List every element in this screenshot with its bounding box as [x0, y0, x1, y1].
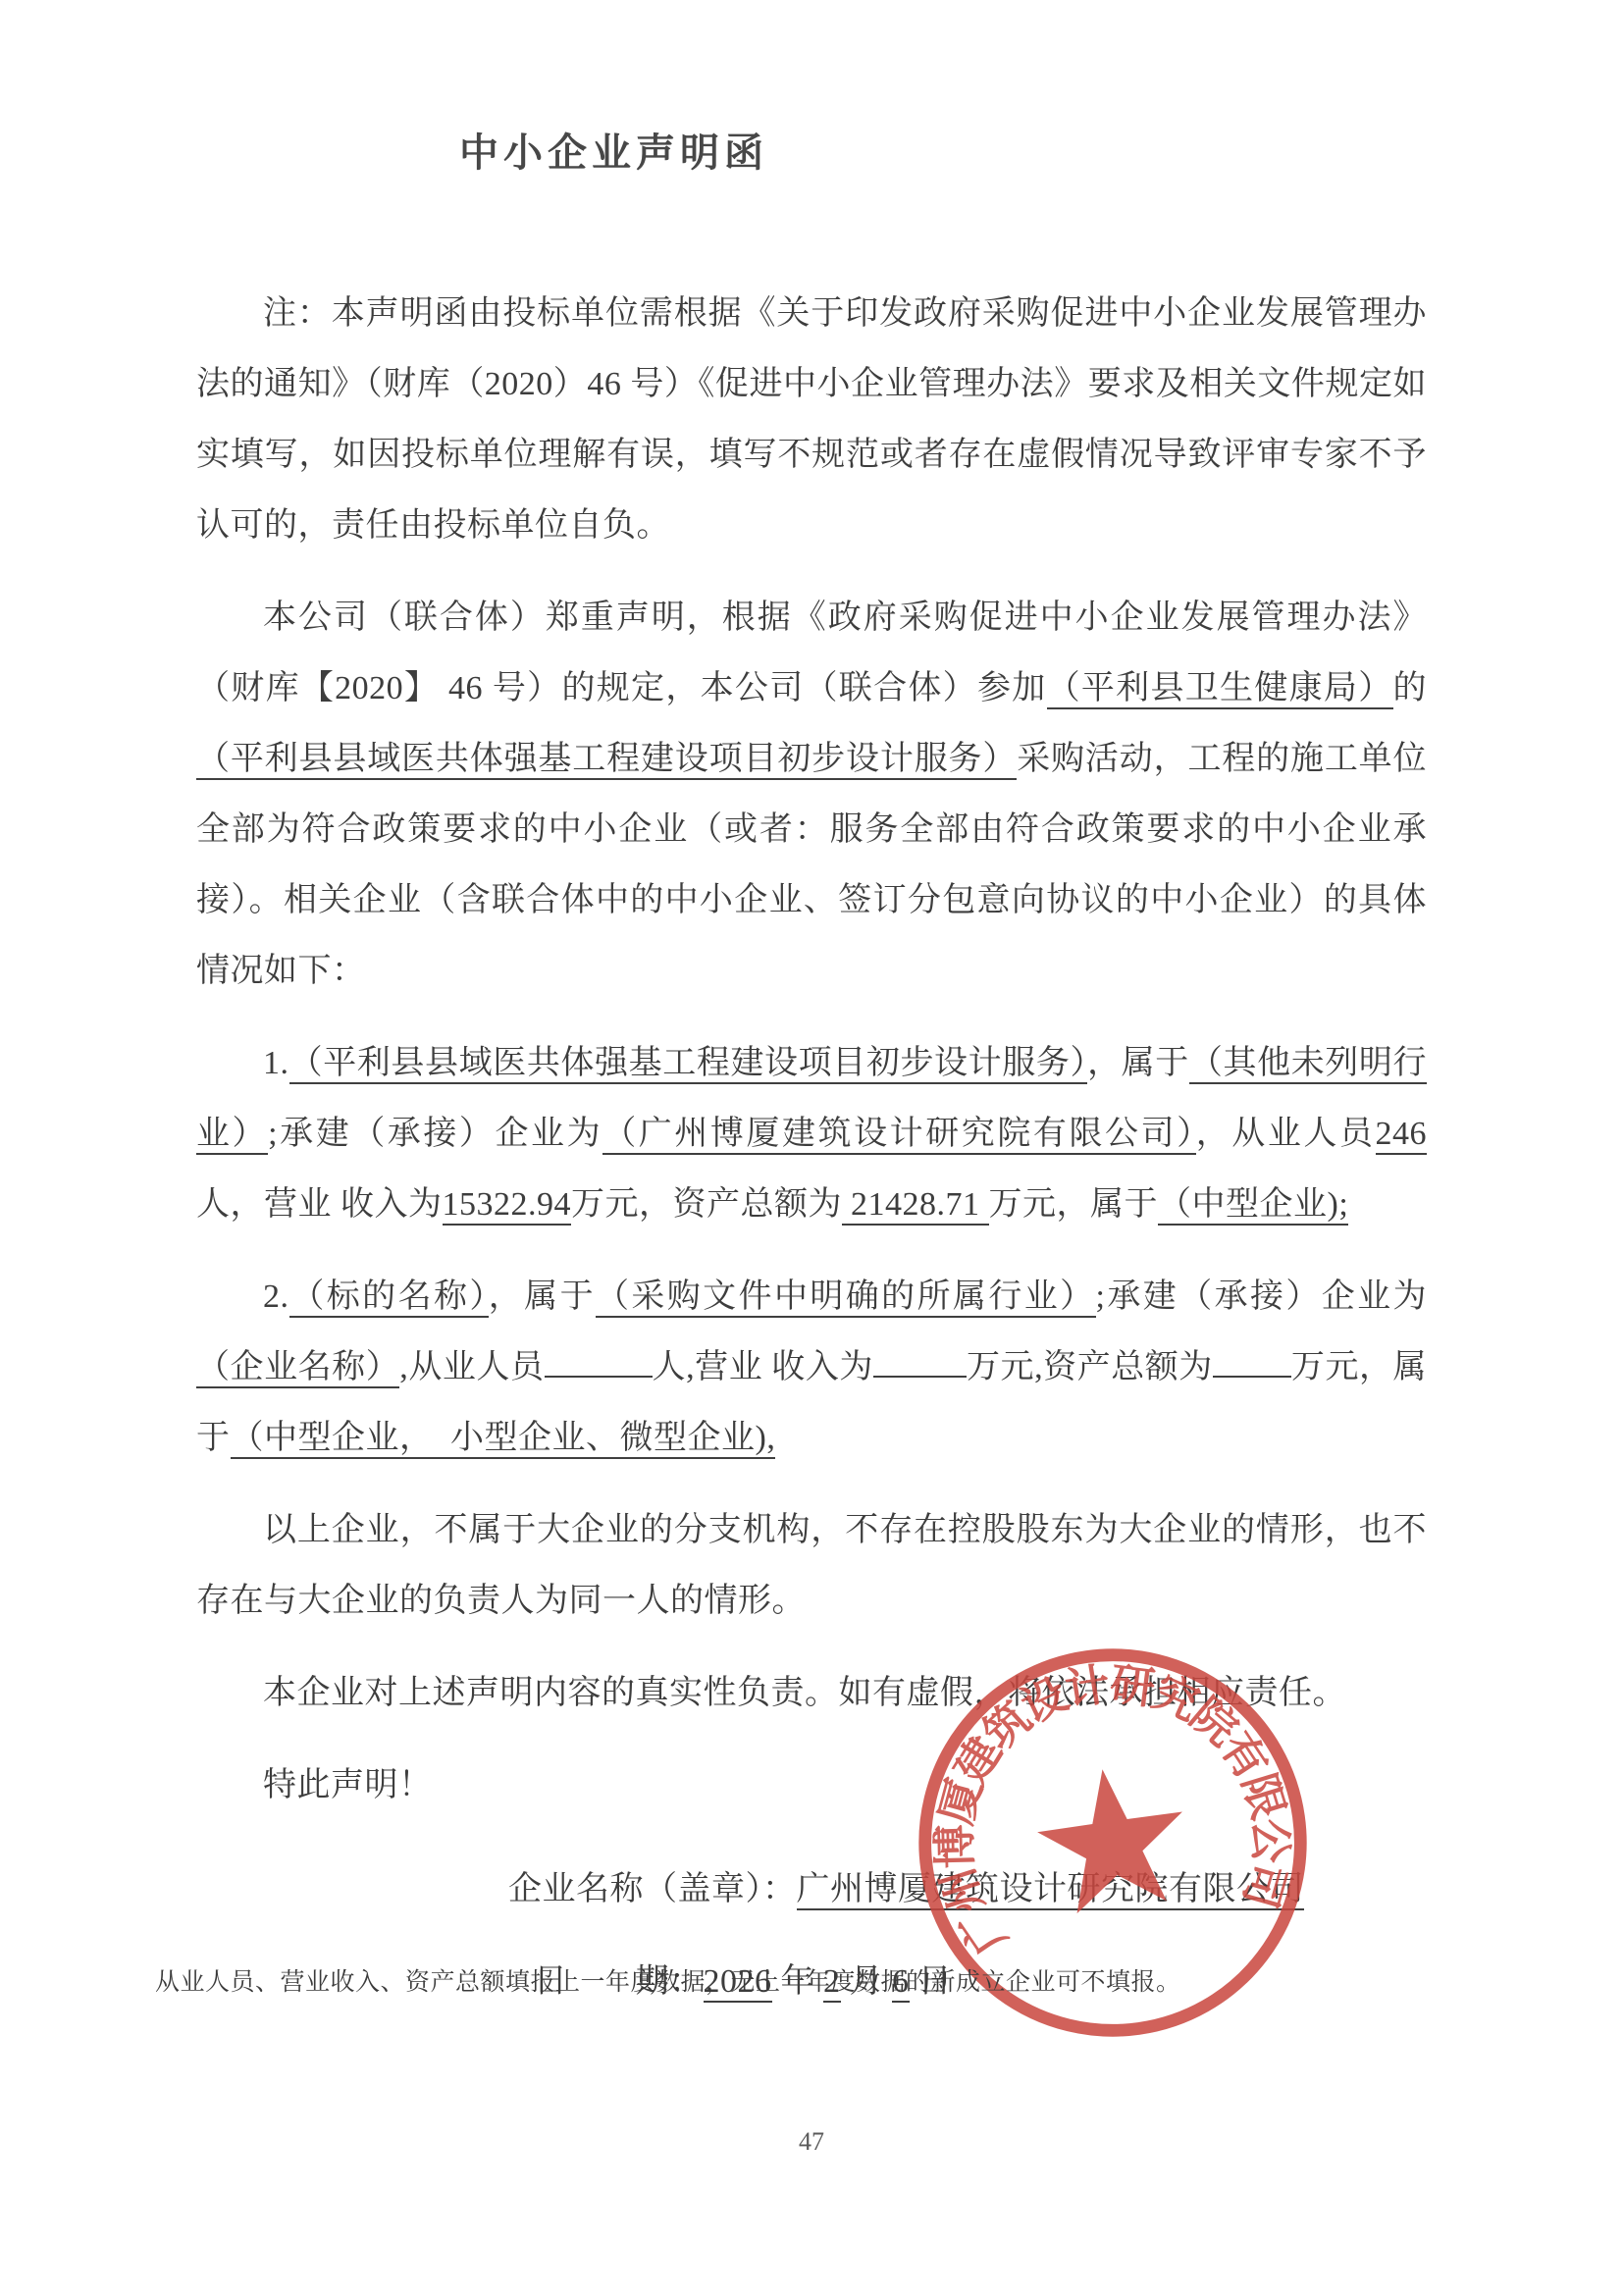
text-run: 本企业对上述声明内容的真实性负责。如有虚假，将依法承担相应责任。 [263, 1675, 1346, 1711]
underlined-text: （广州博厦建筑设计研究院有限公司） [602, 1116, 1196, 1155]
document-title: 中小企业声明函 [459, 130, 1427, 177]
text-run: ，属于 [489, 1278, 596, 1315]
no-branch-clause: 以上企业，不属于大企业的分支机构，不存在控股股东为大企业的情形，也不存在与大企业… [196, 1495, 1427, 1637]
document-body: 注：本声明函由投标单位需根据《关于印发政府采购促进中小企业发展管理办法的通知》（… [196, 279, 1427, 2017]
item-2: 2.（标的名称），属于（采购文件中明确的所属行业）;承建（承接）企业为（企业名称… [196, 1262, 1427, 1474]
text-run: 人，营业 收入为 [196, 1186, 443, 1223]
underlined-text: （平利县卫生健康局） [1047, 670, 1393, 709]
text-run: 万元，资产总额为 [571, 1186, 842, 1223]
text-run: ,从业人员 [399, 1349, 544, 1385]
underlined-text: （企业名称） [196, 1349, 399, 1388]
text-run: 企业名称（盖章）： [508, 1871, 797, 1907]
blank-field [873, 1339, 967, 1378]
text-run: 注：本声明函由投标单位需根据《关于印发政府采购促进中小企业发展管理办法的通知》（… [196, 295, 1427, 544]
text-run: ;承建（承接）企业为 [1096, 1278, 1428, 1315]
text-run: ;承建（承接）企业为 [268, 1116, 602, 1152]
footnote: 从业人员、营业收入、资产总额填报上一年度数据，无上一年度数据的新成立企业可不填报… [155, 1962, 1181, 1998]
text-run: 2. [263, 1278, 289, 1315]
company-name-line: 企业名称（盖章）：广州博厦建筑设计研究院有限公司 [196, 1854, 1427, 1925]
underlined-text: 21428.71 [842, 1186, 989, 1226]
underlined-text: 246 [1376, 1116, 1428, 1155]
truthfulness-clause: 本企业对上述声明内容的真实性负责。如有虚假，将依法承担相应责任。 [196, 1658, 1427, 1729]
blank-field [1213, 1339, 1291, 1378]
text-run: 万元,资产总额为 [967, 1349, 1213, 1385]
text-run: ，从业人员 [1196, 1116, 1376, 1152]
document-page: 中小企业声明函 注：本声明函由投标单位需根据《关于印发政府采购促进中小企业发展管… [0, 0, 1623, 2296]
page-number: 47 [0, 2127, 1623, 2157]
document-content: 中小企业声明函 注：本声明函由投标单位需根据《关于印发政府采购促进中小企业发展管… [0, 0, 1623, 2039]
text-run: 1. [263, 1045, 289, 1081]
text-run: 以上企业，不属于大企业的分支机构，不存在控股股东为大企业的情形，也不存在与大企业… [196, 1512, 1427, 1619]
underlined-text: （平利县县域医共体强基工程建设项目初步设计服务） [289, 1045, 1088, 1084]
underlined-text: 15322.94 [443, 1186, 572, 1226]
underlined-text: （标的名称） [289, 1278, 489, 1318]
item-1: 1.（平利县县域医共体强基工程建设项目初步设计服务），属于（其他未列明行业）;承… [196, 1028, 1427, 1240]
preface-note: 注：本声明函由投标单位需根据《关于印发政府采购促进中小企业发展管理办法的通知》（… [196, 279, 1427, 561]
underlined-text: 广州博厦建筑设计研究院有限公司 [797, 1871, 1305, 1910]
hereby-declaration: 特此声明！ [196, 1750, 1427, 1821]
text-run: ，属于 [1087, 1045, 1189, 1081]
underlined-text: （中型企业， 小型企业、微型企业), [231, 1420, 776, 1459]
text-run: 人,营业 收入为 [653, 1349, 873, 1385]
underlined-text: （采购文件中明确的所属行业） [596, 1278, 1096, 1318]
underlined-text: （平利县县域医共体强基工程建设项目初步设计服务） [196, 741, 1017, 780]
text-run: 特此声明！ [263, 1767, 433, 1803]
blank-field [545, 1339, 653, 1378]
underlined-text: （中型企业); [1158, 1186, 1348, 1226]
text-run: 的 [1393, 670, 1428, 706]
declaration-paragraph: 本公司（联合体）郑重声明，根据《政府采购促进中小企业发展管理办法》（财库【202… [196, 583, 1427, 1007]
text-run: 万元，属于 [989, 1186, 1159, 1223]
